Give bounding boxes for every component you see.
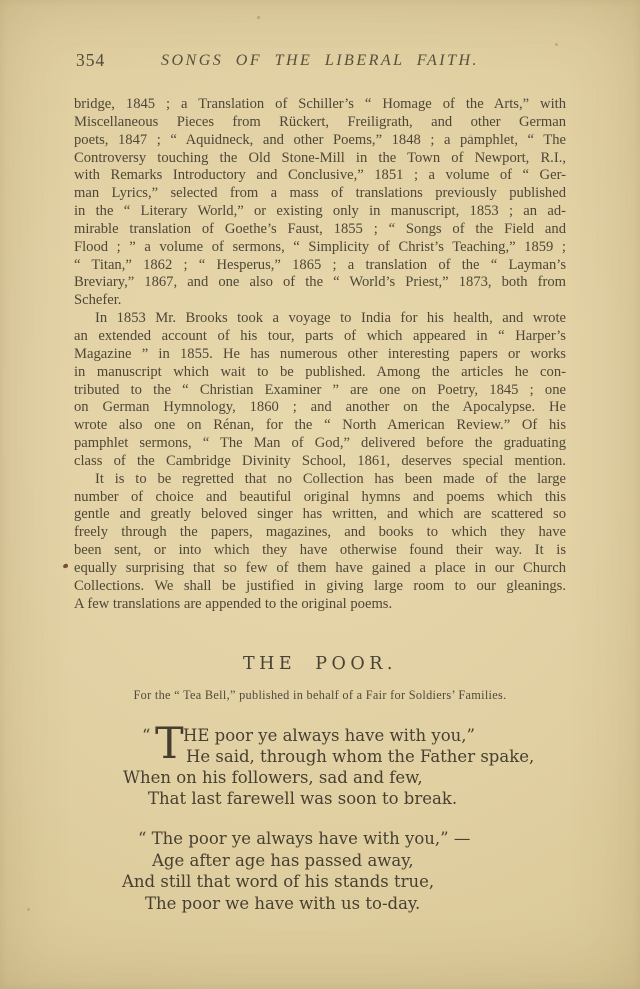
poem-title: THE POOR. <box>74 654 566 674</box>
biography-paragraph-2: In 1853 Mr. Brooks took a voyage to Indi… <box>74 310 566 471</box>
text-line: Breviary,” 1867, and one also of the “ W… <box>74 274 566 292</box>
text-line: Flood ; ” a volume of sermons, “ Simplic… <box>74 239 566 257</box>
text-line: bridge, 1845 ; a Translation of Schiller… <box>74 96 566 114</box>
book-page: 354 SONGS OF THE LIBERAL FAITH. bridge, … <box>0 0 640 989</box>
text-line: freely through the papers, magazines, an… <box>74 524 566 542</box>
text-line: Controversy touching the Old Stone-Mill … <box>74 150 566 168</box>
drop-cap: T <box>155 727 184 761</box>
ink-speck <box>63 563 69 568</box>
text-line: number of choice and beautiful original … <box>74 489 566 507</box>
text-line: man Lyrics,” selected from a mass of tra… <box>74 185 566 203</box>
text-line: an extended account of his tour, parts o… <box>74 328 566 346</box>
biography-paragraph-3: It is to be regretted that no Collection… <box>74 471 566 614</box>
text-line: wrote also one on Rénan, for the “ North… <box>74 417 566 435</box>
text-line: on German Hymnology, 1860 ; and another … <box>74 399 566 417</box>
running-title: SONGS OF THE LIBERAL FAITH. <box>74 52 566 70</box>
text-line: gentle and greatly beloved singer has wr… <box>74 506 566 524</box>
poem-line: When on his followers, sad and few, <box>122 767 534 788</box>
text-line: It is to be regretted that no Collection… <box>74 471 566 489</box>
text-line: Magazine ” in 1855. He has numerous othe… <box>74 346 566 364</box>
text-line: Miscellaneous Pieces from Rückert, Freil… <box>74 114 566 132</box>
poem-line: Age after age has passed away, <box>122 850 470 872</box>
text-line: equally surprising that so few of them h… <box>74 560 566 578</box>
poem-dedication: For the “ Tea Bell,” published in behalf… <box>74 688 566 703</box>
biography-text: bridge, 1845 ; a Translation of Schiller… <box>74 96 566 613</box>
paper-specks <box>0 0 1 1</box>
poem-stanza-2: “ The poor ye always have with you,” —Ag… <box>122 828 470 915</box>
text-line: Schefer. <box>74 292 566 310</box>
text-line: A few translations are appended to the o… <box>74 596 566 614</box>
text-line: class of the Cambridge Divinity School, … <box>74 453 566 471</box>
poem-line-text: HE poor ye always have with you,” <box>183 726 475 745</box>
open-quote: “ <box>142 725 150 746</box>
text-line: in manuscript which wait to be published… <box>74 364 566 382</box>
poem-stanza-1: “ T HE poor ye always have with you,” He… <box>122 725 534 809</box>
biography-paragraph-1: bridge, 1845 ; a Translation of Schiller… <box>74 96 566 310</box>
text-line: In 1853 Mr. Brooks took a voyage to Indi… <box>74 310 566 328</box>
text-line: tributed to the “ Christian Examiner ” a… <box>74 382 566 400</box>
poem-line: “ The poor ye always have with you,” — <box>122 828 470 850</box>
text-line: been sent, or into which they have other… <box>74 542 566 560</box>
poem-line: “ T HE poor ye always have with you,” <box>122 725 534 746</box>
poem-line: That last farewell was soon to break. <box>122 788 534 809</box>
text-line: “ Titan,” 1862 ; “ Hesperus,” 1865 ; a t… <box>74 257 566 275</box>
text-line: mirable translation of Goethe’s Faust, 1… <box>74 221 566 239</box>
text-line: pamphlet sermons, “ The Man of God,” del… <box>74 435 566 453</box>
text-line: poets, 1847 ; “ Aquidneck, and other Poe… <box>74 132 566 150</box>
poem-line: The poor we have with us to-day. <box>122 893 470 915</box>
poem-line: And still that word of his stands true, <box>122 871 470 893</box>
text-line: Collections. We shall be justified in gi… <box>74 578 566 596</box>
text-line: in the “ Literary World,” or existing on… <box>74 203 566 221</box>
text-line: with Remarks Introductory and Conclusive… <box>74 167 566 185</box>
